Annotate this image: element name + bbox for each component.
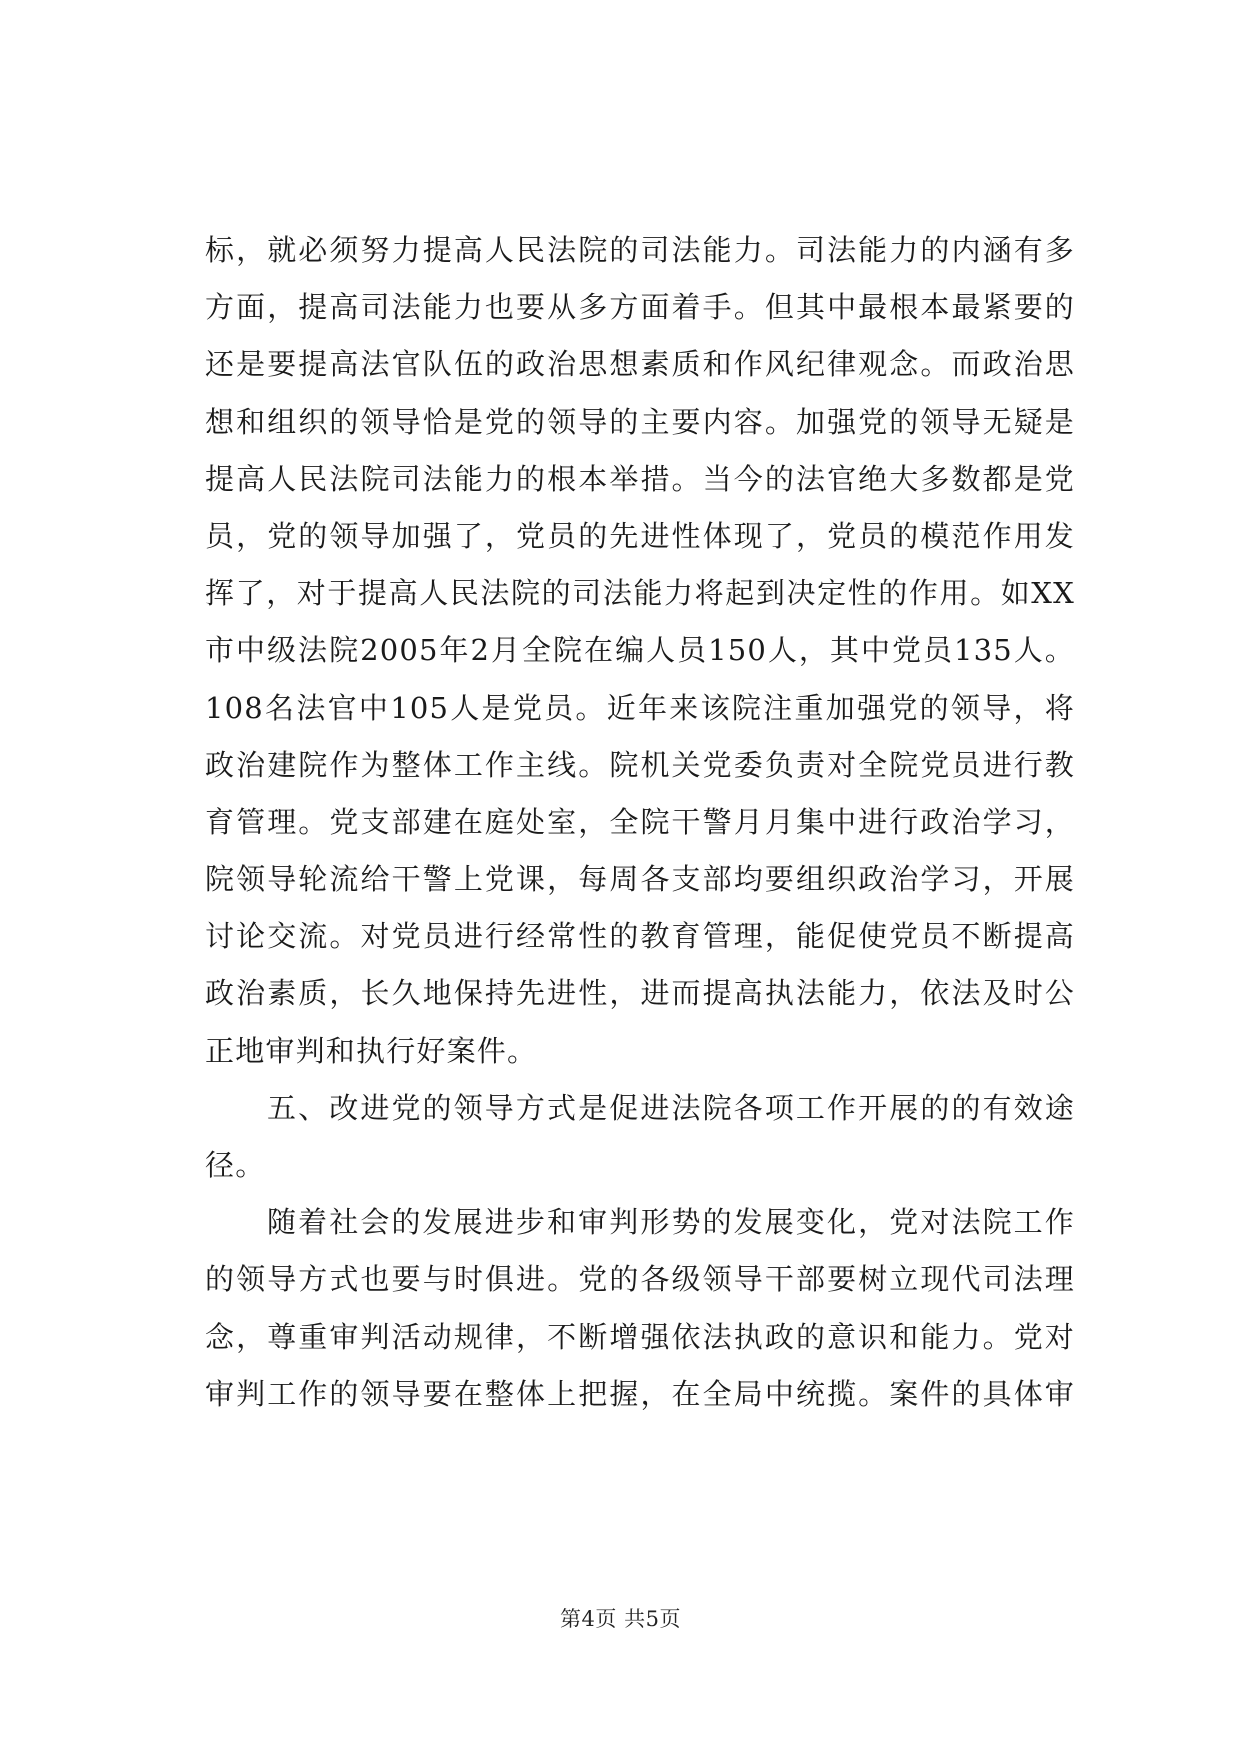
text-line: 正地审判和执行好案件。 (205, 1023, 1075, 1080)
body-text: 标，就必须努力提高人民法院的司法能力。司法能力的内涵有多 方面，提高司法能力也要… (205, 222, 1075, 1423)
text-line: 政治建院作为整体工作主线。院机关党委负责对全院党员进行教 (205, 737, 1075, 794)
text-line: 挥了，对于提高人民法院的司法能力将起到决定性的作用。如XX (205, 565, 1075, 622)
text-line: 员，党的领导加强了，党员的先进性体现了，党员的模范作用发 (205, 508, 1075, 565)
text-line: 想和组织的领导恰是党的领导的主要内容。加强党的领导无疑是 (205, 394, 1075, 451)
text-line: 提高人民法院司法能力的根本举措。当今的法官绝大多数都是党 (205, 451, 1075, 508)
document-page: 标，就必须努力提高人民法院的司法能力。司法能力的内涵有多 方面，提高司法能力也要… (0, 0, 1241, 1754)
text-line: 政治素质，长久地保持先进性，进而提高执法能力，依法及时公 (205, 965, 1075, 1022)
text-line: 方面，提高司法能力也要从多方面着手。但其中最根本最紧要的 (205, 279, 1075, 336)
text-line: 育管理。党支部建在庭处室，全院干警月月集中进行政治学习， (205, 794, 1075, 851)
text-line: 标，就必须努力提高人民法院的司法能力。司法能力的内涵有多 (205, 222, 1075, 279)
text-line: 院领导轮流给干警上党课，每周各支部均要组织政治学习，开展 (205, 851, 1075, 908)
text-line: 讨论交流。对党员进行经常性的教育管理，能促使党员不断提高 (205, 908, 1075, 965)
text-line: 审判工作的领导要在整体上把握，在全局中统揽。案件的具体审 (205, 1366, 1075, 1423)
text-line: 市中级法院2005年2月全院在编人员150人，其中党员135人。 (205, 622, 1075, 679)
text-line: 108名法官中105人是党员。近年来该院注重加强党的领导，将 (205, 680, 1075, 737)
text-line: 念，尊重审判活动规律，不断增强依法执政的意识和能力。党对 (205, 1309, 1075, 1366)
text-line: 还是要提高法官队伍的政治思想素质和作风纪律观念。而政治思 (205, 336, 1075, 393)
page-number-footer: 第4页 共5页 (0, 1604, 1241, 1634)
section-heading: 五、改进党的领导方式是促进法院各项工作开展的的有效途 (205, 1080, 1075, 1137)
text-line: 的领导方式也要与时俱进。党的各级领导干部要树立现代司法理 (205, 1251, 1075, 1308)
section-heading-continued: 径。 (205, 1137, 1075, 1194)
text-line: 随着社会的发展进步和审判形势的发展变化，党对法院工作 (205, 1194, 1075, 1251)
